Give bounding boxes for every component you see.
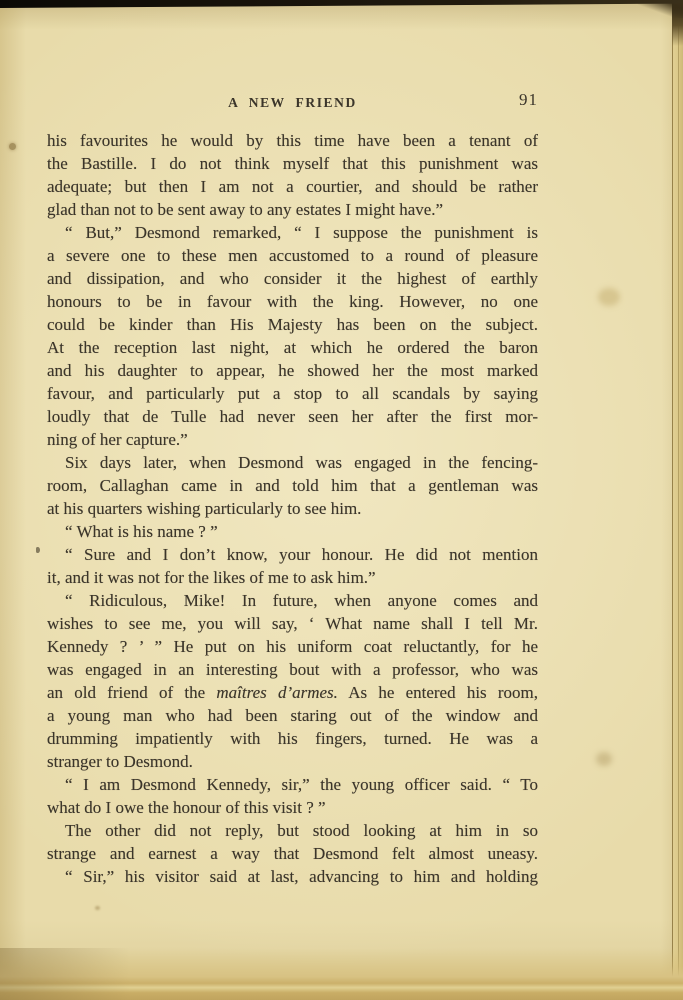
text-line: favour, and particularly put a stop to a…	[47, 382, 538, 405]
page-stain	[9, 143, 16, 150]
text-segment: ning of her capture.”	[47, 430, 188, 449]
book-bottom-pages-edge	[0, 948, 683, 1000]
text-segment: “ What is his name ? ”	[65, 522, 218, 541]
text-line: a severe one to these men accustomed to …	[47, 244, 538, 267]
text-segment: At the reception last night, at which he…	[47, 338, 538, 357]
ink-speck	[36, 547, 40, 553]
text-line: “ I am Desmond Kennedy, sir,” the young …	[47, 773, 538, 796]
running-header-title: A NEW FRIEND	[228, 95, 357, 111]
text-segment: and dissipation, and who consider it the…	[47, 269, 538, 288]
text-line: stranger to Desmond.	[47, 750, 538, 773]
text-line: loudly that de Tulle had never seen her …	[47, 405, 538, 428]
text-line: Six days later, when Desmond was engaged…	[47, 451, 538, 474]
text-line: “ But,” Desmond remarked, “ I suppose th…	[47, 221, 538, 244]
scanned-book-page: A NEW FRIEND 91 his favourites he would …	[0, 0, 683, 1000]
text-segment: “ But,” Desmond remarked, “ I suppose th…	[65, 223, 538, 242]
text-line: “ What is his name ? ”	[47, 520, 538, 543]
text-line: adequate; but then I am not a courtier, …	[47, 175, 538, 198]
text-line: “ Ridiculous, Mike! In future, when anyo…	[47, 589, 538, 612]
page-stain	[596, 752, 612, 766]
text-line: drumming impatiently with his fingers, t…	[47, 727, 538, 750]
text-segment: strange and earnest a way that Desmond f…	[47, 844, 538, 863]
text-line: could be kinder than His Majesty has bee…	[47, 313, 538, 336]
text-segment: stranger to Desmond.	[47, 752, 193, 771]
text-line: At the reception last night, at which he…	[47, 336, 538, 359]
text-segment: As he entered his room,	[338, 683, 538, 702]
text-segment: was engaged in an interesting bout with …	[47, 660, 538, 679]
text-segment: wishes to see me, you will say, ‘ What n…	[47, 614, 538, 633]
text-segment: drumming impatiently with his fingers, t…	[47, 729, 538, 748]
text-segment: honours to be in favour with the king. H…	[47, 292, 538, 311]
text-segment: loudly that de Tulle had never seen her …	[47, 407, 538, 426]
text-line: “ Sir,” his visitor said at last, advanc…	[47, 865, 538, 888]
text-segment: “ Sure and I don’t know, your honour. He…	[65, 545, 538, 564]
text-line: and dissipation, and who consider it the…	[47, 267, 538, 290]
text-segment: favour, and particularly put a stop to a…	[47, 384, 538, 403]
text-segment: could be kinder than His Majesty has bee…	[47, 315, 538, 334]
text-segment: what do I owe the honour of this visit ?…	[47, 798, 326, 817]
text-segment: room, Callaghan came in and told him tha…	[47, 476, 538, 495]
page-number: 91	[519, 90, 538, 110]
text-segment: a severe one to these men accustomed to …	[47, 246, 538, 265]
text-line: it, and it was not for the likes of me t…	[47, 566, 538, 589]
text-line: ning of her capture.”	[47, 428, 538, 451]
text-segment: The other did not reply, but stood looki…	[65, 821, 538, 840]
text-line: honours to be in favour with the king. H…	[47, 290, 538, 313]
text-line: wishes to see me, you will say, ‘ What n…	[47, 612, 538, 635]
text-line: the Bastille. I do not think myself that…	[47, 152, 538, 175]
text-line: “ Sure and I don’t know, your honour. He…	[47, 543, 538, 566]
text-line: a young man who had been staring out of …	[47, 704, 538, 727]
page-stain	[598, 288, 620, 306]
text-line: glad than not to be sent away to any est…	[47, 198, 538, 221]
text-line: strange and earnest a way that Desmond f…	[47, 842, 538, 865]
text-line: and his daughter to appear, he showed he…	[47, 359, 538, 382]
text-segment: it, and it was not for the likes of me t…	[47, 568, 376, 587]
text-segment: a young man who had been staring out of …	[47, 706, 538, 725]
text-segment: glad than not to be sent away to any est…	[47, 200, 443, 219]
text-segment: “ Ridiculous, Mike! In future, when anyo…	[65, 591, 538, 610]
text-line: an old friend of the maîtres d’armes. As…	[47, 681, 538, 704]
page-stain	[95, 906, 100, 910]
page-right-edge	[672, 0, 683, 1000]
text-segment: adequate; but then I am not a courtier, …	[47, 177, 538, 196]
text-segment: “ I am Desmond Kennedy, sir,” the young …	[65, 775, 538, 794]
text-segment: and his daughter to appear, he showed he…	[47, 361, 538, 380]
text-segment: his favourites he would by this time hav…	[47, 131, 538, 150]
text-line: what do I owe the honour of this visit ?…	[47, 796, 538, 819]
text-segment: the Bastille. I do not think myself that…	[47, 154, 538, 173]
text-segment: “ Sir,” his visitor said at last, advanc…	[65, 867, 538, 886]
text-segment: Six days later, when Desmond was engaged…	[65, 453, 538, 472]
text-segment: Kennedy ? ’ ” He put on his uniform coat…	[47, 637, 538, 656]
body-text: his favourites he would by this time hav…	[47, 129, 538, 888]
text-line: room, Callaghan came in and told him tha…	[47, 474, 538, 497]
text-line: Kennedy ? ’ ” He put on his uniform coat…	[47, 635, 538, 658]
text-line: The other did not reply, but stood looki…	[47, 819, 538, 842]
text-line: at his quarters wishing particularly to …	[47, 497, 538, 520]
text-segment: at his quarters wishing particularly to …	[47, 499, 361, 518]
text-line: was engaged in an interesting bout with …	[47, 658, 538, 681]
text-segment: an old friend of the	[47, 683, 216, 702]
text-line: his favourites he would by this time hav…	[47, 129, 538, 152]
italic-phrase: maîtres d’armes.	[216, 683, 338, 702]
